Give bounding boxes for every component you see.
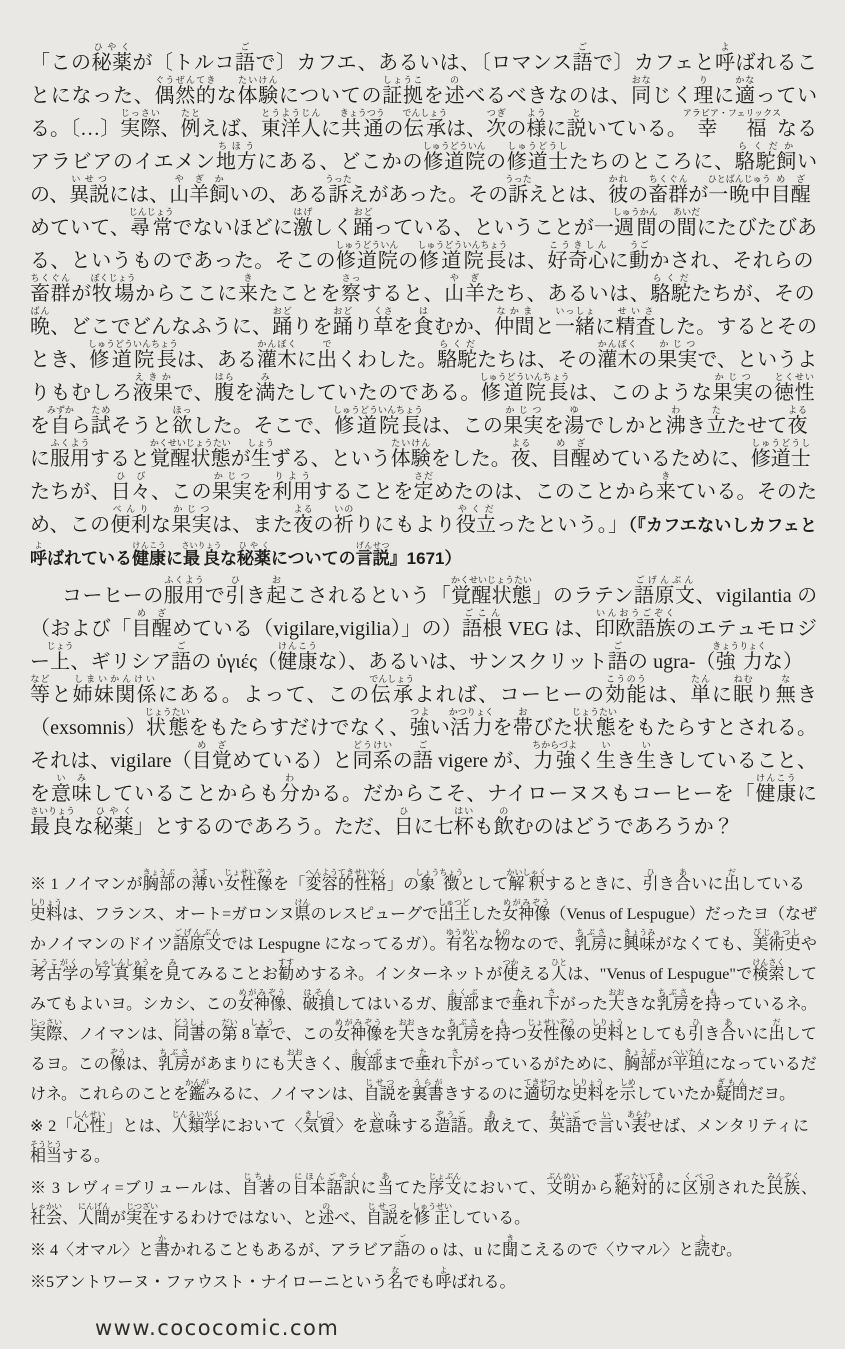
quote-text: 「この秘薬ひやくが〔トルコ語ごで〕カフエ、あるいは、〔ロマンス語ごで〕カフェと呼…	[30, 52, 817, 536]
footnote-4: ※ 4〈オマル〉と書かかれることもあるが、アラビア語ごの o は、u に聞きこえ…	[30, 1234, 817, 1266]
footnote-3: ※ 3 レヴィ=ブリュールは、自著じちょの日本語訳にほんごやくに当あてた序文じょ…	[30, 1172, 817, 1234]
document-body: 「この秘薬ひやくが〔トルコ語ごで〕カフエ、あるいは、〔ロマンス語ごで〕カフェと呼…	[0, 0, 845, 1298]
body-paragraph: コーヒーの服用ふくようで引ひき起おこされるという「覚醒状態かくせいじょうたい」の…	[30, 575, 817, 844]
watermark-text: www.cococomic.com	[95, 1316, 339, 1340]
quote-paragraph: 「この秘薬ひやくが〔トルコ語ごで〕カフエ、あるいは、〔ロマンス語ごで〕カフェと呼…	[30, 42, 817, 575]
footnote-5: ※5アントワーヌ・ファウスト・ナイローニという名なでも呼よばれる。	[30, 1266, 817, 1298]
footnotes-section: ※ 1 ノイマンが胸部きょうぶの薄うすい女性像じょせいぞうを「変容的性格へんよう…	[30, 868, 817, 1298]
scanned-page: 「この秘薬ひやくが〔トルコ語ごで〕カフエ、あるいは、〔ロマンス語ごで〕カフェと呼…	[0, 0, 845, 1349]
footnote-2: ※ 2「心性しんせい」とは、人類学じんるいがくにおいて〈気質きしつ〉を意味いみす…	[30, 1110, 817, 1172]
footnote-1: ※ 1 ノイマンが胸部きょうぶの薄うすい女性像じょせいぞうを「変容的性格へんよう…	[30, 868, 817, 1110]
